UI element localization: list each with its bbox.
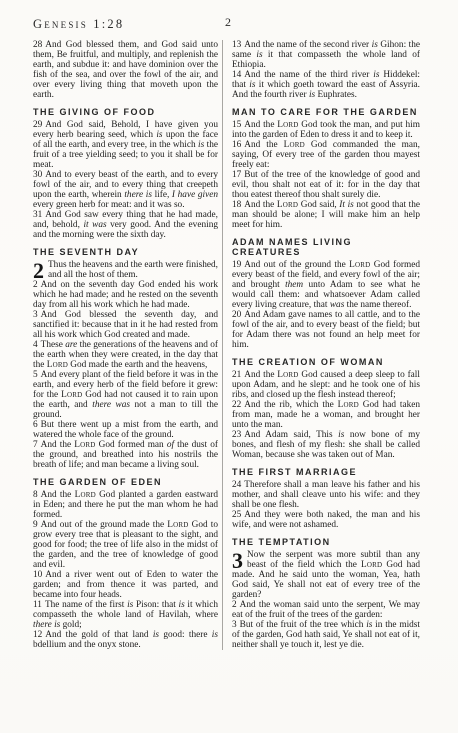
divine-name: Lord bbox=[284, 140, 305, 150]
section-heading: THE FIRST MARRIAGE bbox=[232, 467, 420, 477]
verse: 13And the name of the second river is Gi… bbox=[232, 40, 420, 70]
column-divider bbox=[222, 40, 223, 650]
divine-name: Lord bbox=[349, 260, 370, 270]
verse: 2And the woman said unto the serpent, We… bbox=[232, 600, 420, 620]
verse-number: 22 bbox=[232, 400, 241, 410]
verse: 11The name of the first is Pison: that i… bbox=[33, 600, 218, 630]
verse: 6But there went up a mist from the earth… bbox=[33, 420, 218, 440]
chapter-number: 3 bbox=[232, 550, 243, 569]
verse: 21And the Lord God caused a deep sleep t… bbox=[232, 370, 420, 400]
divine-name: Lord bbox=[361, 560, 382, 570]
chapter-start: 3Now the serpent was more subtil than an… bbox=[232, 550, 420, 600]
verse: 14And the name of the third river is Hid… bbox=[232, 70, 420, 100]
verse: 25And they were both naked, the man and … bbox=[232, 510, 420, 530]
verse: 19And out of the ground the Lord God for… bbox=[232, 260, 420, 310]
left-column: 28And God blessed them, and God said unt… bbox=[33, 40, 218, 650]
verse: 31And God saw every thing that he had ma… bbox=[33, 210, 218, 240]
verse-number: 12 bbox=[33, 630, 42, 640]
verse-number: 2 bbox=[232, 600, 237, 610]
verse: 16And the Lord God commanded the man, sa… bbox=[232, 140, 420, 170]
verse-number: 16 bbox=[232, 140, 241, 150]
verse-number: 11 bbox=[33, 600, 42, 610]
verse: 5And every plant of the field before it … bbox=[33, 370, 218, 420]
divine-name: Lord bbox=[277, 120, 298, 130]
verse: 28And God blessed them, and God said unt… bbox=[33, 40, 218, 100]
right-column: 13And the name of the second river is Gi… bbox=[232, 40, 420, 650]
verse: 9And out of the ground made the Lord God… bbox=[33, 520, 218, 570]
verse-number: 19 bbox=[232, 260, 241, 270]
verse-number: 21 bbox=[232, 370, 241, 380]
section-heading: THE TEMPTATION bbox=[232, 537, 420, 547]
verse-number: 25 bbox=[232, 510, 241, 520]
verse-number: 2 bbox=[33, 280, 38, 290]
section-heading: THE GARDEN OF EDEN bbox=[33, 477, 218, 487]
verse: 10And a river went out of Eden to water … bbox=[33, 570, 218, 600]
verse-number: 6 bbox=[33, 420, 38, 430]
section-heading: MAN TO CARE FOR THE GARDEN bbox=[232, 107, 420, 117]
verse-number: 17 bbox=[232, 170, 241, 180]
verse-number: 7 bbox=[33, 440, 38, 450]
verse-number: 15 bbox=[232, 120, 241, 130]
verse: 15And the Lord God took the man, and put… bbox=[232, 120, 420, 140]
verse: 17But of the tree of the knowledge of go… bbox=[232, 170, 420, 200]
chapter-number: 2 bbox=[33, 260, 44, 279]
section-heading: THE SEVENTH DAY bbox=[33, 247, 218, 257]
divine-name: Lord bbox=[74, 440, 95, 450]
verse: 22And the rib, which the Lord God had ta… bbox=[232, 400, 420, 430]
verse-number: 24 bbox=[232, 480, 241, 490]
verse-number: 14 bbox=[232, 70, 241, 80]
verse: 12And the gold of that land is good: the… bbox=[33, 630, 218, 650]
verse-number: 10 bbox=[33, 570, 42, 580]
divine-name: Lord bbox=[75, 490, 96, 500]
verse: 3But of the fruit of the tree which is i… bbox=[232, 620, 420, 650]
page-header: Genesis 1:28 2 bbox=[33, 15, 420, 31]
verse-number: 31 bbox=[33, 210, 42, 220]
verse: 3And God blessed the seventh day, and sa… bbox=[33, 310, 218, 340]
divine-name: Lord bbox=[277, 370, 298, 380]
verse: 2And on the seventh day God ended his wo… bbox=[33, 280, 218, 310]
running-head: Genesis 1:28 bbox=[33, 17, 124, 31]
verse: 7And the Lord God formed man of the dust… bbox=[33, 440, 218, 470]
verse: 18And the Lord God said, It is not good … bbox=[232, 200, 420, 230]
section-heading: THE CREATION OF WOMAN bbox=[232, 357, 420, 367]
bible-page: Genesis 1:28 2 28And God blessed them, a… bbox=[0, 0, 458, 733]
divine-name: Lord bbox=[167, 520, 188, 530]
chapter-start: 2Thus the heavens and the earth were fin… bbox=[33, 260, 218, 280]
verse: 24Therefore shall a man leave his father… bbox=[232, 480, 420, 510]
section-heading: THE GIVING OF FOOD bbox=[33, 107, 218, 117]
divine-name: Lord bbox=[277, 200, 298, 210]
verse: 23And Adam said, This is now bone of my … bbox=[232, 430, 420, 460]
verse: 4These are the generations of the heaven… bbox=[33, 340, 218, 370]
page-number: 2 bbox=[225, 15, 231, 30]
verse-number: 9 bbox=[33, 520, 38, 530]
verse-number: 29 bbox=[33, 120, 42, 130]
verse: 20And Adam gave names to all cattle, and… bbox=[232, 310, 420, 350]
verse-number: 30 bbox=[33, 170, 42, 180]
verse-number: 8 bbox=[33, 490, 38, 500]
verse-number: 23 bbox=[232, 430, 241, 440]
verse-number: 18 bbox=[232, 200, 241, 210]
divine-name: Lord bbox=[61, 390, 82, 400]
verse-number: 20 bbox=[232, 310, 241, 320]
section-heading: ADAM NAMES LIVING CREATURES bbox=[232, 237, 420, 257]
text-columns: 28And God blessed them, and God said unt… bbox=[33, 40, 420, 650]
verse-number: 13 bbox=[232, 40, 241, 50]
verse: 30And to every beast of the earth, and t… bbox=[33, 170, 218, 210]
verse-number: 28 bbox=[33, 40, 42, 50]
verse-number: 3 bbox=[33, 310, 38, 320]
verse-number: 4 bbox=[33, 340, 38, 350]
verse: 29And God said, Behold, I have given you… bbox=[33, 120, 218, 170]
verse: 8And the Lord God planted a garden eastw… bbox=[33, 490, 218, 520]
verse-number: 3 bbox=[232, 620, 237, 630]
divine-name: Lord bbox=[338, 400, 359, 410]
divine-name: Lord bbox=[47, 360, 68, 370]
verse-number: 5 bbox=[33, 370, 38, 380]
